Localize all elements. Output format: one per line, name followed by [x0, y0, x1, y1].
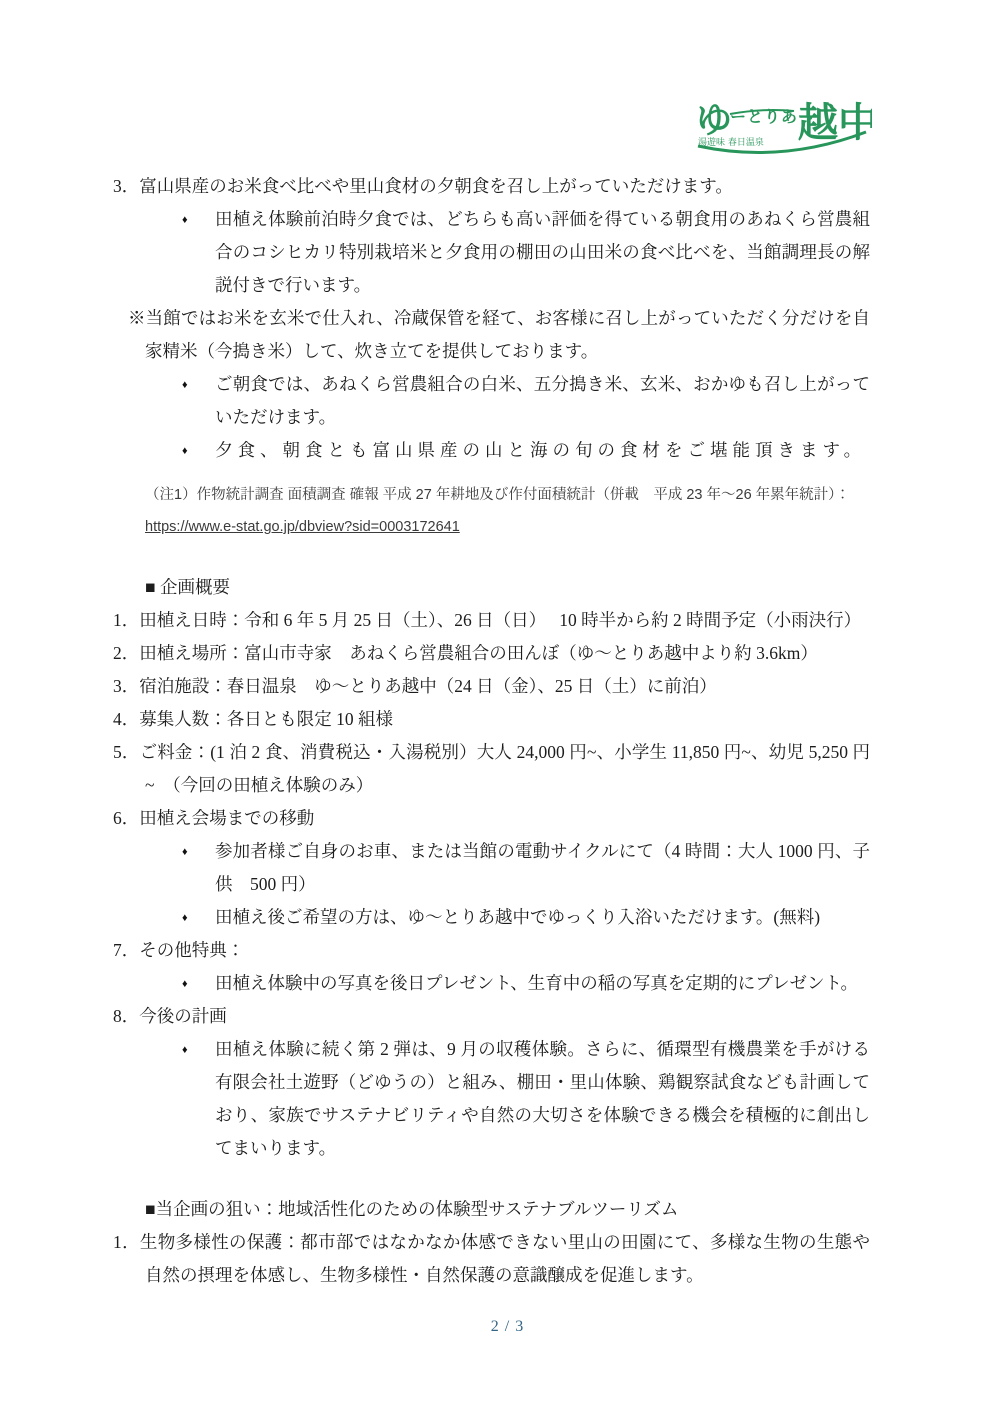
overview-item-8: 8．今後の計画	[145, 1000, 870, 1033]
footnote: （注1）作物統計調査 面積調査 確報 平成 27 年耕地及び作付面積統計（併載 …	[145, 479, 870, 543]
meal-bullet-1-text: 田植え体験前泊時夕食では、どちらも高い評価を得ている朝食用のあねくら営農組合のコ…	[215, 209, 870, 295]
diamond-bullet-icon: ♦	[182, 1034, 188, 1067]
logo-kanji: 越中	[798, 99, 872, 146]
aim-heading: ■当企画の狙い：地域活性化のための体験型サステナブルツーリズム	[145, 1193, 870, 1226]
overview-item-1: 1．田植え日時：令和 6 年 5 月 25 日（土）、26 日（日） 10 時半…	[145, 604, 870, 637]
overview-item-6-bullet-1-text: 参加者様ご自身のお車、または当館の電動サイクルにて（4 時間：大人 1000 円…	[215, 841, 870, 894]
overview-item-4: 4．募集人数：各日とも限定 10 組様	[145, 703, 870, 736]
diamond-bullet-icon: ♦	[182, 968, 188, 1001]
overview-item-6-bullet-2: ♦ 田植え後ご希望の方は、ゆ～とりあ越中でゆっくり入浴いただけます。(無料)	[145, 901, 870, 934]
overview-item-8-bullet-1: ♦ 田植え体験に続く第 2 弾は、9 月の収穫体験。さらに、循環型有機農業を手が…	[145, 1033, 870, 1165]
meal-item-3: 3．富山県産のお米食べ比べや里山食材の夕朝食を召し上がっていただけます。	[145, 170, 870, 203]
diamond-bullet-icon: ♦	[182, 435, 188, 468]
meal-bullet-3: ♦ 夕食、朝食とも富山県産の山と海の旬の食材をご堪能頂きます。	[145, 434, 870, 467]
rice-polishing-note: ※当館ではお米を玄米で仕入れ、冷蔵保管を経て、お客様に召し上がっていただく分だけ…	[145, 302, 870, 368]
page-number: 2 / 3	[145, 1310, 870, 1343]
logo-tagline: 湯遊味 春日温泉	[698, 136, 764, 148]
overview-item-7-bullet-1-text: 田植え体験中の写真を後日プレゼント、生育中の稲の写真を定期的にプレゼント。	[215, 973, 858, 993]
meal-bullet-3-text: 夕食、朝食とも富山県産の山と海の旬の食材をご堪能頂きます。	[215, 440, 866, 460]
diamond-bullet-icon: ♦	[182, 204, 188, 237]
diamond-bullet-icon: ♦	[182, 369, 188, 402]
aim-item-1: 1．生物多様性の保護：都市部ではなかなか体感できない里山の田園にて、多様な生物の…	[145, 1226, 870, 1292]
document-page: ゆ ーとりあ 越中 湯遊味 春日温泉 3．富山県産のお米食べ比べや里山食材の夕朝…	[0, 0, 992, 1404]
overview-item-3: 3．宿泊施設：春日温泉 ゆ～とりあ越中（24 日（金）、25 日（土）に前泊）	[145, 670, 870, 703]
meal-bullet-2: ♦ ご朝食では、あねくら営農組合の白米、五分搗き米、玄米、おかゆも召し上がってい…	[145, 368, 870, 434]
overview-item-2: 2．田植え場所：富山市寺家 あねくら営農組合の田んぼ（ゆ～とりあ越中より約 3.…	[145, 637, 870, 670]
overview-item-7: 7．その他特典：	[145, 934, 870, 967]
footnote-link[interactable]: https://www.e-stat.go.jp/dbview?sid=0003…	[145, 519, 460, 535]
overview-item-6-bullet-1: ♦ 参加者様ご自身のお車、または当館の電動サイクルにて（4 時間：大人 1000…	[145, 835, 870, 901]
overview-item-5: 5．ご料金：(1 泊 2 食、消費税込・入湯税別）大人 24,000 円~、小学…	[145, 736, 870, 802]
diamond-bullet-icon: ♦	[182, 902, 188, 935]
overview-item-6: 6．田植え会場までの移動	[145, 802, 870, 835]
footnote-text: （注1）作物統計調査 面積調査 確報 平成 27 年耕地及び作付面積統計（併載 …	[145, 487, 850, 503]
document-body: 3．富山県産のお米食べ比べや里山食材の夕朝食を召し上がっていただけます。 ♦ 田…	[145, 170, 870, 1343]
hotel-logo: ゆ ーとりあ 越中 湯遊味 春日温泉	[694, 92, 872, 158]
overview-item-8-bullet-1-text: 田植え体験に続く第 2 弾は、9 月の収穫体験。さらに、循環型有機農業を手がける…	[215, 1039, 870, 1158]
meal-bullet-2-text: ご朝食では、あねくら営農組合の白米、五分搗き米、玄米、おかゆも召し上がっていただ…	[215, 374, 870, 427]
overview-heading: ■ 企画概要	[145, 571, 870, 604]
overview-item-6-bullet-2-text: 田植え後ご希望の方は、ゆ～とりあ越中でゆっくり入浴いただけます。(無料)	[215, 907, 820, 927]
meal-bullet-1: ♦ 田植え体験前泊時夕食では、どちらも高い評価を得ている朝食用のあねくら営農組合…	[145, 203, 870, 302]
overview-item-7-bullet-1: ♦ 田植え体験中の写真を後日プレゼント、生育中の稲の写真を定期的にプレゼント。	[145, 967, 870, 1000]
logo-kana-yu: ゆ	[696, 99, 732, 141]
diamond-bullet-icon: ♦	[182, 836, 188, 869]
hotel-logo-graphic: ゆ ーとりあ 越中 湯遊味 春日温泉	[694, 92, 872, 158]
